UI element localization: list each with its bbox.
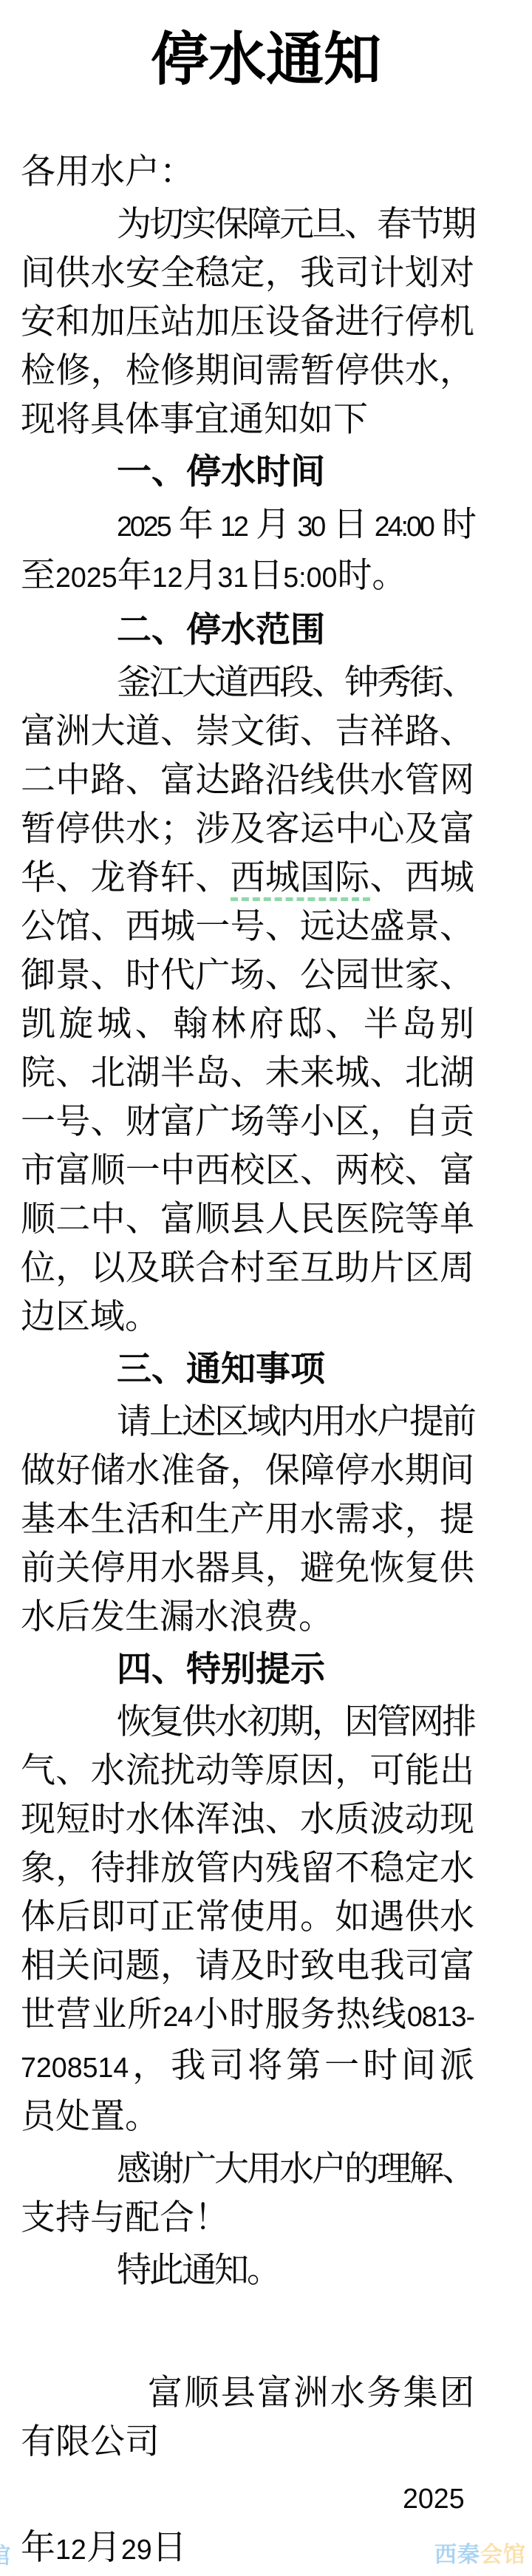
hotline-area-code: 0813- [407, 2001, 474, 2032]
text-line: 感谢广大用水户的理解、 [21, 2144, 474, 2193]
text-line: 为切实保障元旦、春节期 [21, 200, 474, 248]
section-heading-4: 四、特别提示 [21, 1645, 474, 1693]
text-line: 公馆、西城一号、远达盛景、 [21, 902, 474, 951]
text-run: 小时服务热线 [192, 1994, 407, 2033]
hotline-hours: 24 [163, 2001, 192, 2032]
text-line: 边区域。 [21, 1292, 474, 1341]
company-name-line-1: 富顺县富洲水务集团 [21, 2368, 474, 2417]
section-heading-2: 二、停水范围 [21, 605, 474, 654]
section-heading-1: 一、停水时间 [21, 447, 474, 496]
text-line: 前关停用水器具，避免恢复供 [21, 1543, 474, 1592]
text-run: 月 [183, 555, 217, 594]
outage-end-month: 12 [152, 562, 183, 593]
text-run: 至 [21, 555, 55, 594]
text-run: 时 [433, 504, 474, 543]
text-line: 凯旋城、翰林府邸、半岛别 [21, 999, 474, 1048]
date-line-1: 2025 [21, 2472, 474, 2523]
text-line: 二中路、富达路沿线供水管网 [21, 755, 474, 804]
text-line: 检修，检修期间需暂停供水， [21, 346, 474, 395]
closing-line: 特此通知。 [21, 2246, 474, 2294]
text-run: ，我司将第一时间派 [129, 2045, 474, 2084]
company-name-line-2: 有限公司 [21, 2417, 474, 2466]
outage-end-time: 5:00 [283, 562, 337, 593]
text-line: 位，以及联合村至互助片区周 [21, 1243, 474, 1292]
text-line: 安和加压站加压设备进行停机 [21, 297, 474, 346]
outage-start-month: 12 [220, 511, 247, 542]
text-line: 支持与配合！ [21, 2193, 474, 2242]
scope-paragraph: 釜江大道西段、钟秀街、 富洲大道、崇文街、吉祥路、 二中路、富达路沿线供水管网 … [21, 658, 474, 1341]
text-run: 日 [152, 2527, 187, 2566]
text-run: 月 [86, 2527, 121, 2566]
outage-end-year: 2025 [55, 562, 117, 593]
text-line: 体后即可正常使用。如遇供水 [21, 1892, 474, 1941]
outage-end-day: 31 [217, 562, 248, 593]
text-line: 华、龙脊轩、西城国际、西城 [21, 853, 474, 902]
date-day: 29 [121, 2534, 152, 2565]
text-line: 市富顺一中西校区、两校、富 [21, 1146, 474, 1194]
section-heading-3: 三、通知事项 [21, 1345, 474, 1393]
date-month: 12 [55, 2534, 86, 2565]
time-paragraph: 2025年12月30日24:00时 至2025年12月31日5:00时。 [21, 500, 474, 602]
text-run: 华、龙脊轩、 [21, 857, 231, 897]
outage-start-day: 30 [297, 511, 324, 542]
text-line: 顺二中、富顺县人民医院等单 [21, 1194, 474, 1243]
text-line: 现将具体事宜通知如下 [21, 395, 474, 444]
text-line: 请上述区域内用水户提前 [21, 1397, 474, 1446]
text-line: 一号、财富广场等小区，自贡 [21, 1097, 474, 1146]
text-line: 至2025年12月31日5:00时。 [21, 551, 474, 602]
salutation: 各用水户： [21, 147, 474, 196]
text-run: 年 [117, 555, 152, 594]
text-line: 员处置。 [21, 2092, 474, 2141]
text-line: 气、水流扰动等原因，可能出 [21, 1746, 474, 1795]
watermark-text-orange: 会馆 [480, 2543, 526, 2567]
text-run: 日 [324, 504, 375, 543]
watermark-text-blue: 西秦 [434, 2543, 480, 2567]
text-line: 7208514，我司将第一时间派 [21, 2041, 474, 2092]
date-year: 2025 [403, 2483, 465, 2514]
watermark-fragment: 馆 [0, 2538, 10, 2570]
text-line: 水后发生漏水浪费。 [21, 1592, 474, 1641]
date-line-2: 年12月29日 [21, 2523, 474, 2574]
text-run: 年 [170, 504, 221, 543]
text-line: 做好储水准备，保障停水期间 [21, 1446, 474, 1495]
text-line: 世营业所24小时服务热线0813- [21, 1990, 474, 2041]
text-run: 、西城 [370, 857, 475, 897]
text-line: 暂停供水；涉及客运中心及富 [21, 804, 474, 853]
special-reminder-paragraph: 恢复供水初期，因管网排 气、水流扰动等原因，可能出 现短时水体浑浊、水质波动现 … [21, 1697, 474, 2141]
hotline-number: 7208514 [21, 2052, 129, 2083]
text-line: 2025年12月30日24:00时 [21, 500, 474, 551]
text-run: 世营业所 [21, 1994, 163, 2033]
signature-block: 富顺县富洲水务集团 有限公司 2025 年12月29日 [21, 2368, 474, 2574]
text-line: 相关问题，请及时致电我司富 [21, 1941, 474, 1990]
watermark: 西秦会馆 [434, 2536, 526, 2569]
text-line: 象，待排放管内残留不稳定水 [21, 1843, 474, 1892]
text-line: 基本生活和生产用水需求，提 [21, 1495, 474, 1543]
text-line: 现短时水体浑浊、水质波动现 [21, 1795, 474, 1843]
text-line: 釜江大道西段、钟秀街、 [21, 658, 474, 707]
text-line: 间供水安全稳定，我司计划对 [21, 248, 474, 297]
text-run: 年 [21, 2527, 55, 2566]
outage-start-year: 2025 [117, 511, 170, 542]
text-run: 时。 [337, 555, 406, 594]
notice-body: 各用水户： 为切实保障元旦、春节期 间供水安全稳定，我司计划对 安和加压站加压设… [0, 147, 532, 2574]
text-run: 日 [248, 555, 283, 594]
notice-page: 停水通知 各用水户： 为切实保障元旦、春节期 间供水安全稳定，我司计划对 安和加… [0, 0, 532, 2576]
text-line: 御景、时代广场、公园世家、 [21, 951, 474, 999]
notice-items-paragraph: 请上述区域内用水户提前 做好储水准备，保障停水期间 基本生活和生产用水需求，提 … [21, 1397, 474, 1641]
text-line: 富洲大道、崇文街、吉祥路、 [21, 707, 474, 755]
page-title: 停水通知 [0, 25, 532, 93]
text-line: 院、北湖半岛、未来城、北湖 [21, 1048, 474, 1097]
text-run: 月 [247, 504, 298, 543]
outage-start-time: 24:00 [375, 511, 433, 542]
intro-paragraph: 为切实保障元旦、春节期 间供水安全稳定，我司计划对 安和加压站加压设备进行停机 … [21, 200, 474, 444]
thanks-paragraph: 感谢广大用水户的理解、 支持与配合！ [21, 2144, 474, 2242]
underlined-text: 西城国际 [231, 857, 370, 901]
text-line: 恢复供水初期，因管网排 [21, 1697, 474, 1746]
